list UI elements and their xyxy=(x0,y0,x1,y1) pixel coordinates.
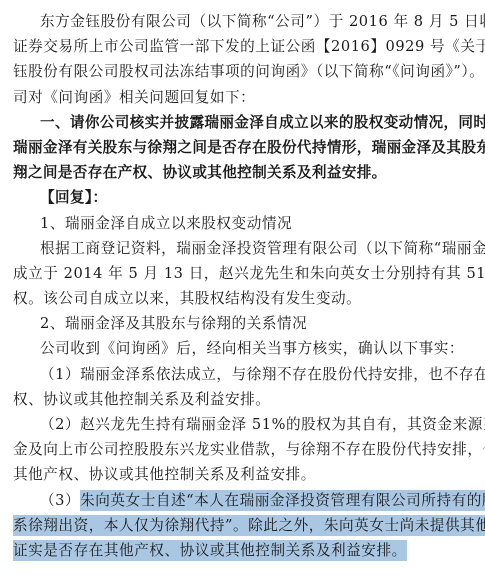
item-3-prefix: （3） xyxy=(40,492,80,509)
item-2-line: 其他产权、协议或其他控制关系及利益安排。 xyxy=(13,462,475,487)
section-1-body-line: 权。该公司自成立以来，其股权结构没有发生变动。 xyxy=(13,286,475,311)
item-3-line: 系徐翔出资，本人仅为徐翔代持”。除此之外，朱向英女士尚未提供其他资料以 xyxy=(13,513,475,538)
intro-line: 钰股份有限公司股权司法冻结事项的问询函》（以下简称“《问询函》”）。公 xyxy=(13,59,475,84)
item-1-line: 权、协议或其他控制关系及利益安排。 xyxy=(13,387,475,412)
item-1-line: （1）瑞丽金泽系依法成立，与徐翔不存在股份代持安排，也不存在其他产 xyxy=(13,362,475,387)
question-1-line: 瑞丽金泽有关股东与徐翔之间是否存在股份代持情形，瑞丽金泽及其股东与徐 xyxy=(13,135,475,160)
section-1-title: 1、瑞丽金泽自成立以来股权变动情况 xyxy=(13,211,475,236)
section-1-body-line: 根据工商登记资料，瑞丽金泽投资管理有限公司（以下简称“瑞丽金泽”） xyxy=(13,236,475,261)
item-2-line: 金及向上市公司控股股东兴龙实业借款，与徐翔不存在股份代持安排，也不存在 xyxy=(13,437,475,462)
intro-line: 司对《问询函》相关问题回复如下： xyxy=(13,85,475,110)
item-3-line: 证实是否存在其他产权、协议或其他控制关系及利益安排。 xyxy=(13,538,475,563)
section-2-intro: 公司收到《问询函》后，经向相关当事方核实，确认以下事实： xyxy=(13,336,475,361)
intro-line: 东方金钰股份有限公司（以下简称“公司”）于 2016 年 8 月 5 日收到上海 xyxy=(13,9,475,34)
question-1-line: 一、请你公司核实并披露瑞丽金泽自成立以来的股权变动情况，同时说明 xyxy=(13,110,475,135)
question-1-line: 翔之间是否存在产权、协议或其他控制关系及利益安排。 xyxy=(13,160,475,185)
item-3-line: （3）朱向英女士自述“本人在瑞丽金泽投资管理有限公司所持有的股份， xyxy=(13,488,475,513)
reply-heading: 【回复】： xyxy=(13,185,475,210)
highlighted-text[interactable]: 证实是否存在其他产权、协议或其他控制关系及利益安排。 xyxy=(13,540,407,561)
section-2-title: 2、瑞丽金泽及其股东与徐翔的关系情况 xyxy=(13,311,475,336)
highlighted-text[interactable]: 朱向英女士自述“本人在瑞丽金泽投资管理有限公司所持有的股份， xyxy=(80,490,485,511)
section-1-body-line: 成立于 2014 年 5 月 13 日，赵兴龙先生和朱向英女士分别持有其 51%… xyxy=(13,261,475,286)
document-body: 东方金钰股份有限公司（以下简称“公司”）于 2016 年 8 月 5 日收到上海… xyxy=(13,9,475,563)
highlighted-text[interactable]: 系徐翔出资，本人仅为徐翔代持”。除此之外，朱向英女士尚未提供其他资料以 xyxy=(13,515,485,536)
item-2-line: （2）赵兴龙先生持有瑞丽金泽 51%的股权为其自有，其资金来源系自有资 xyxy=(13,412,475,437)
intro-line: 证券交易所上市公司监管一部下发的上证公函【2016】0929 号《关于对东方金 xyxy=(13,34,475,59)
